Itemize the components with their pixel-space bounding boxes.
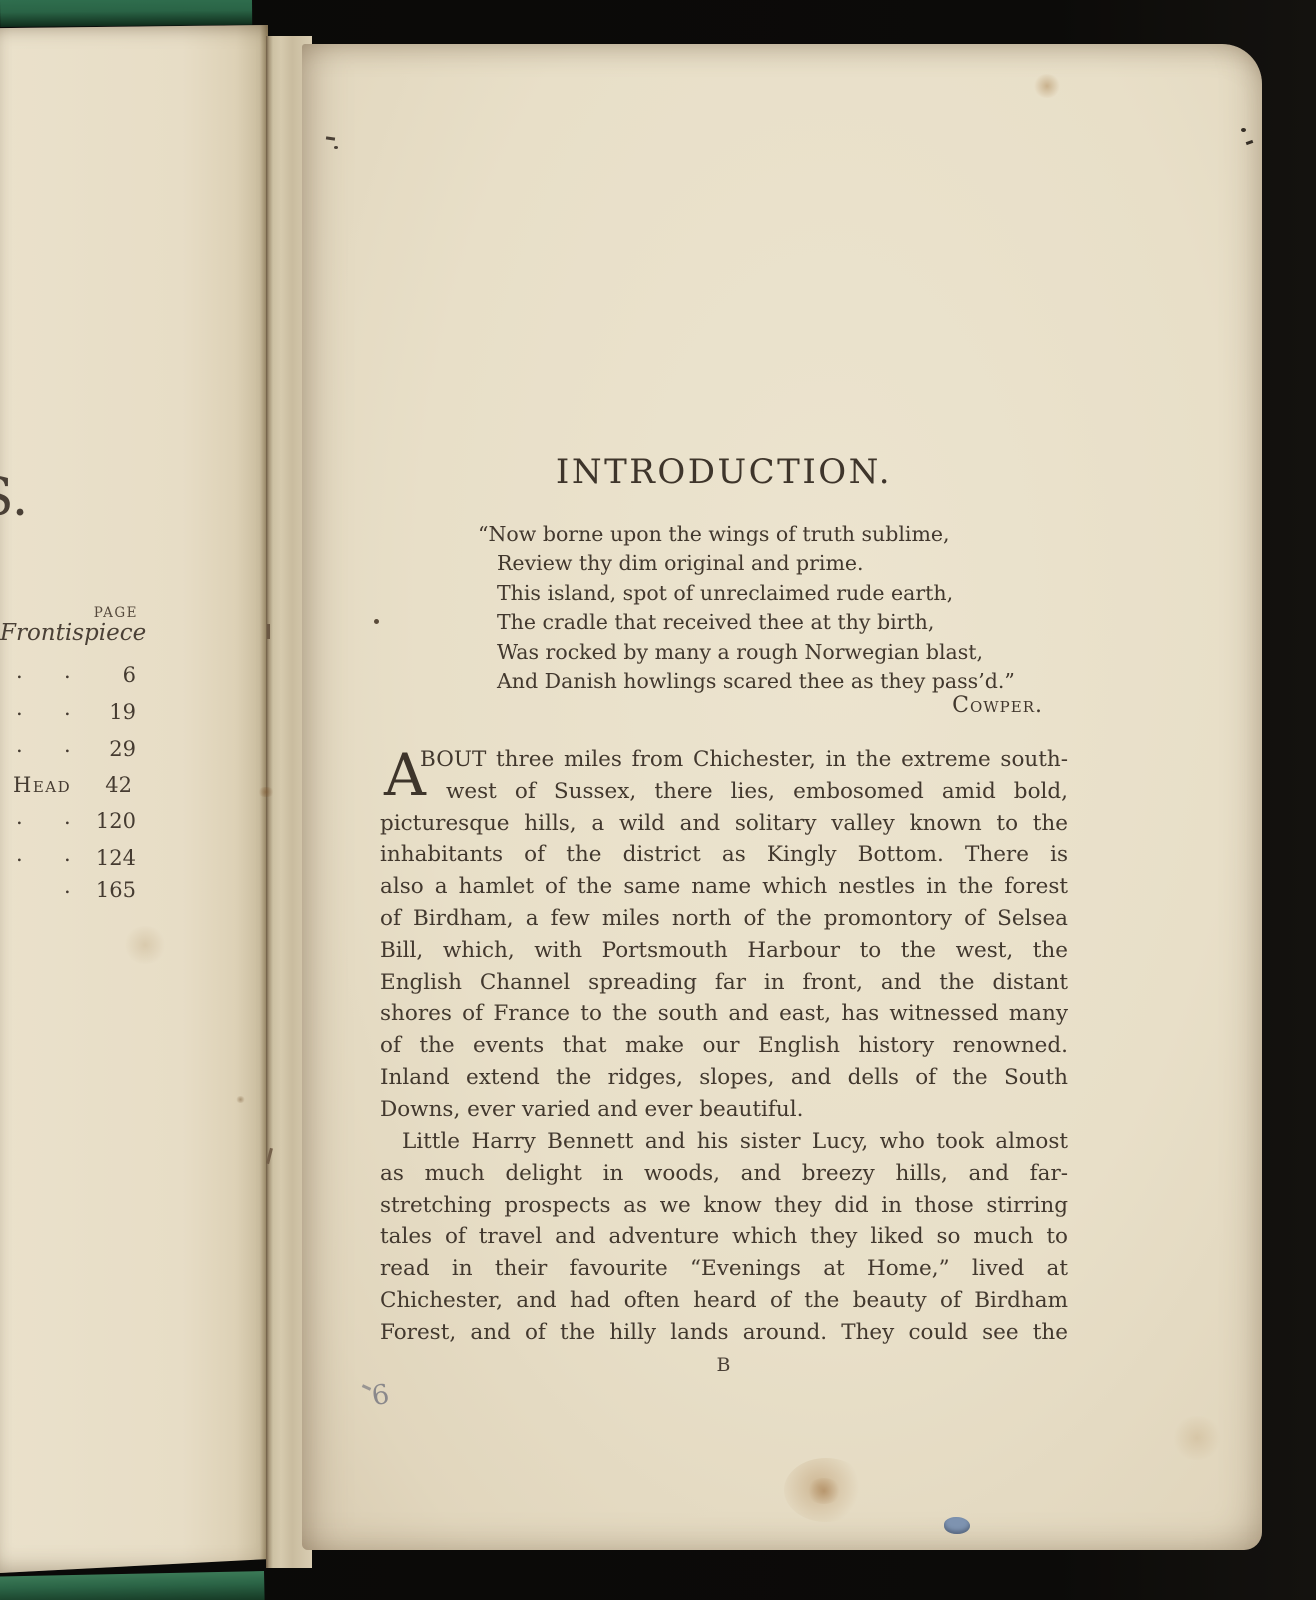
epigraph-poem: “Now borne upon the wings of truth subli… <box>497 520 1077 696</box>
toc-page-number: 42 <box>105 773 132 797</box>
toc-page-number: 6 <box>123 663 136 687</box>
body-line: BOUT three miles from Chichester, in the… <box>420 744 1068 776</box>
body-line: Bill, which, with Portsmouth Harbour to … <box>380 935 1068 967</box>
page-column-header: PAGE <box>0 605 138 621</box>
body-line: stretching prospects as we know they did… <box>380 1190 1068 1222</box>
chapter-heading: INTRODUCTION. <box>380 452 1068 492</box>
blue-paint-spot <box>944 1517 970 1534</box>
toc-row: . . 124 <box>0 846 138 876</box>
body-line: Inland extend the ridges, slopes, and de… <box>380 1062 1068 1094</box>
poem-line: The cradle that received thee at thy bir… <box>497 608 1077 637</box>
leader-dot: . <box>16 696 23 720</box>
poem-line: Review thy dim original and prime. <box>497 549 1077 578</box>
ink-speck <box>1241 128 1246 132</box>
partial-title-letter: S. <box>0 468 28 528</box>
body-line: west of Sussex, there lies, embosomed am… <box>446 776 1068 808</box>
toc-row: . 165 <box>0 878 138 908</box>
body-line: Forest, and of the hilly lands around. T… <box>380 1317 1068 1349</box>
foxing-stain <box>122 926 168 964</box>
leader-dot: . <box>16 659 23 683</box>
body-line: tales of travel and adventure which they… <box>380 1221 1068 1253</box>
leader-dot: . <box>64 842 71 866</box>
toc-page-number: 29 <box>109 737 136 761</box>
toc-row: . . 29 <box>0 737 138 767</box>
toc-entry-label: Head <box>13 773 71 797</box>
leader-dot: . <box>16 842 23 866</box>
toc-row: . . 120 <box>0 809 138 839</box>
leader-dot: . <box>16 733 23 757</box>
poem-line: This island, spot of unreclaimed rude ea… <box>497 579 1077 608</box>
ink-speck <box>374 619 379 624</box>
toc-row: . . 6 <box>0 663 138 693</box>
body-line: shores of France to the south and east, … <box>380 998 1068 1030</box>
leader-dot: . <box>64 659 71 683</box>
gutter-crease-mark <box>267 624 270 639</box>
leader-dot: . <box>64 805 71 829</box>
toc-page-number: 124 <box>96 846 136 870</box>
toc-row: Head 42 <box>0 773 138 803</box>
foxing-stain <box>1033 74 1061 98</box>
toc-row: . . 19 <box>0 700 138 730</box>
body-line: inhabitants of the district as Kingly Bo… <box>380 839 1068 871</box>
poem-line: Was rocked by many a rough Norwegian bla… <box>497 638 1077 667</box>
foxing-stain <box>1170 1416 1224 1460</box>
ink-speck <box>236 1096 245 1103</box>
leader-dot: . <box>64 733 71 757</box>
foxing-stain <box>806 1478 842 1504</box>
leader-dot: . <box>16 805 23 829</box>
poem-line: “Now borne upon the wings of truth subli… <box>497 520 1077 549</box>
toc-page-number: 19 <box>109 700 136 724</box>
leader-dot: . <box>64 696 71 720</box>
body-line: Chichester, and had often heard of the b… <box>380 1285 1068 1317</box>
body-paragraph-2: Little Harry Bennett and his sister Lucy… <box>380 1126 1068 1349</box>
toc-page-number: 120 <box>96 809 136 833</box>
epigraph-attribution: Cowper. <box>380 693 1043 718</box>
body-line: also a hamlet of the same name which nes… <box>380 871 1068 903</box>
body-line: English Channel spreading far in front, … <box>380 967 1068 999</box>
leader-dot: . <box>64 874 71 898</box>
body-paragraph-1: BOUT three miles from Chichester, in the… <box>380 744 1068 1126</box>
toc-page-number: 165 <box>96 878 136 902</box>
ink-speck <box>334 146 338 149</box>
gutter-smudge <box>257 787 275 797</box>
signature-mark: B <box>380 1354 1068 1376</box>
body-line: Little Harry Bennett and his sister Lucy… <box>402 1126 1068 1158</box>
body-line: of Birdham, a few miles north of the pro… <box>380 903 1068 935</box>
body-line: as much delight in woods, and breezy hil… <box>380 1158 1068 1190</box>
frontispiece-entry: Frontispiece <box>0 620 140 646</box>
body-line: picturesque hills, a wild and solitary v… <box>380 808 1068 840</box>
book-cover-edge-bottom <box>0 1571 265 1600</box>
body-line: of the events that make our English hist… <box>380 1030 1068 1062</box>
body-line: Downs, ever varied and ever beautiful. <box>380 1094 1068 1126</box>
book-cover-edge-top <box>0 0 252 27</box>
body-line: read in their favourite “Evenings at Hom… <box>380 1253 1068 1285</box>
